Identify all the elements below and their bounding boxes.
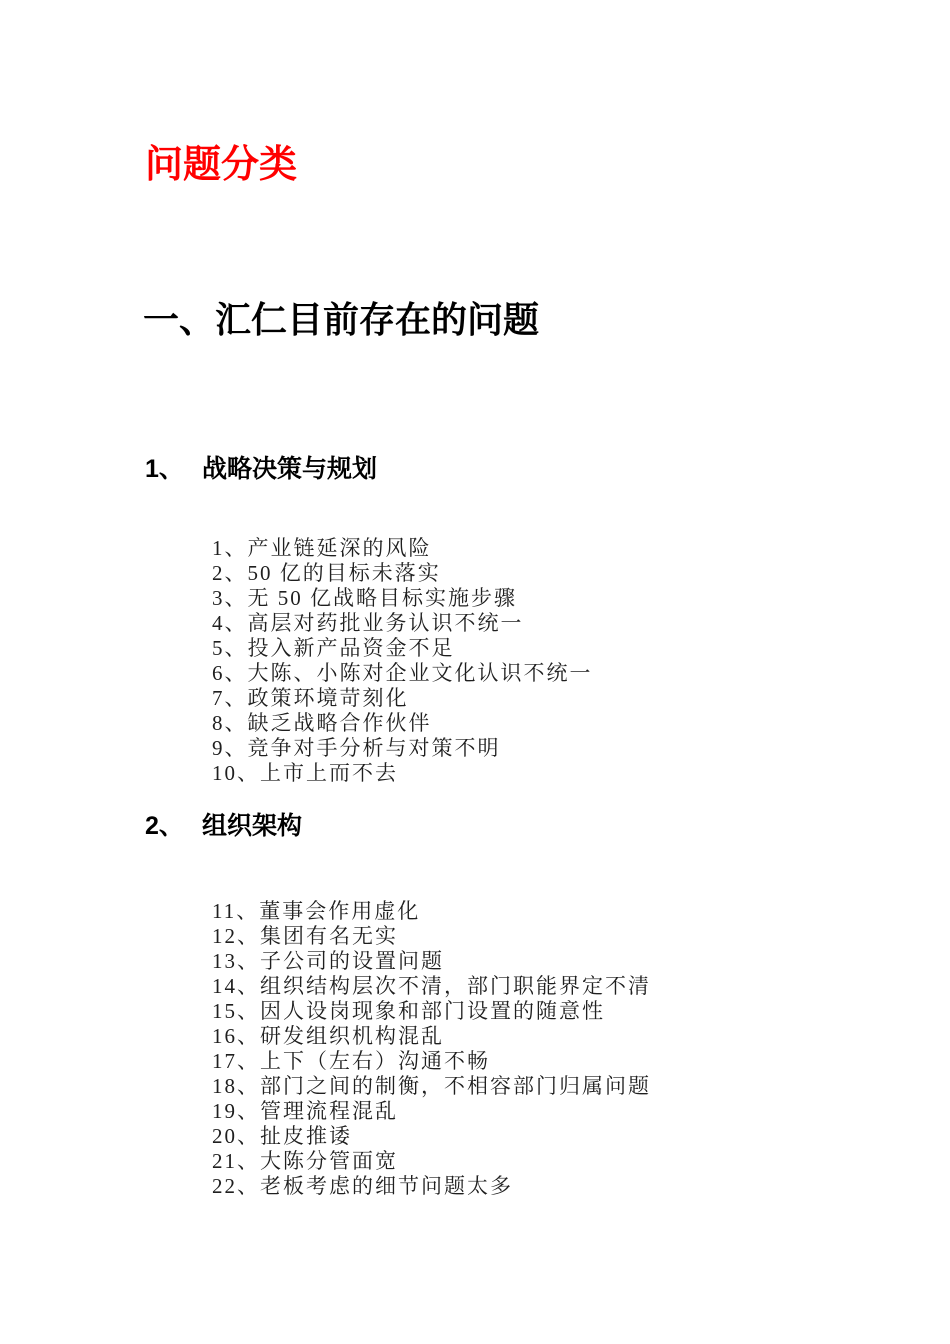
- list-item: 19、 管理流程混乱: [212, 1099, 651, 1124]
- list-item-number: 16、: [212, 1024, 260, 1049]
- section-heading-organization: 2、 组织架构: [145, 809, 302, 843]
- chapter-heading-marker: 一、: [143, 296, 215, 344]
- section-heading-marker: 2、: [145, 809, 202, 843]
- list-item-text: 上下（左右）沟通不畅: [260, 1049, 490, 1074]
- list-item: 10、 上市上而不去: [212, 761, 593, 786]
- list-item: 22、 老板考虑的细节问题太多: [212, 1174, 651, 1199]
- list-item-text: 缺乏战略合作伙伴: [248, 711, 432, 736]
- list-item: 20、 扯皮推诿: [212, 1124, 651, 1149]
- list-item: 4、 高层对药批业务认识不统一: [212, 611, 593, 636]
- list-item-text: 大陈分管面宽: [260, 1149, 398, 1174]
- list-item-text: 竞争对手分析与对策不明: [248, 736, 501, 761]
- list-item-number: 2、: [212, 561, 248, 586]
- section-heading-text: 战略决策与规划: [202, 452, 377, 486]
- list-item-text: 老板考虑的细节问题太多: [260, 1174, 513, 1199]
- section-strategy-list: 1、 产业链延深的风险 2、 50 亿的目标未落实 3、 无 50 亿战略目标实…: [212, 536, 593, 786]
- chapter-heading: 一、 汇仁目前存在的问题: [143, 296, 539, 344]
- chapter-heading-text: 汇仁目前存在的问题: [215, 296, 539, 344]
- list-item: 9、 竞争对手分析与对策不明: [212, 736, 593, 761]
- list-item-number: 20、: [212, 1124, 260, 1149]
- list-item-number: 12、: [212, 924, 260, 949]
- list-item: 3、 无 50 亿战略目标实施步骤: [212, 586, 593, 611]
- list-item-text: 研发组织机构混乱: [260, 1024, 444, 1049]
- list-item-text: 管理流程混乱: [260, 1099, 398, 1124]
- list-item: 8、 缺乏战略合作伙伴: [212, 711, 593, 736]
- list-item-number: 14、: [212, 974, 260, 999]
- list-item-text: 组织结构层次不清，部门职能界定不清: [260, 974, 651, 999]
- list-item-number: 3、: [212, 586, 248, 611]
- list-item: 16、 研发组织机构混乱: [212, 1024, 651, 1049]
- list-item-number: 21、: [212, 1149, 260, 1174]
- list-item-text: 无 50 亿战略目标实施步骤: [248, 586, 518, 611]
- list-item-text: 投入新产品资金不足: [248, 636, 455, 661]
- list-item: 14、 组织结构层次不清，部门职能界定不清: [212, 974, 651, 999]
- list-item-number: 17、: [212, 1049, 260, 1074]
- list-item: 7、 政策环境苛刻化: [212, 686, 593, 711]
- list-item: 17、 上下（左右）沟通不畅: [212, 1049, 651, 1074]
- list-item: 6、 大陈、小陈对企业文化认识不统一: [212, 661, 593, 686]
- list-item-number: 10、: [212, 761, 260, 786]
- list-item-text: 上市上而不去: [260, 761, 398, 786]
- list-item-number: 22、: [212, 1174, 260, 1199]
- list-item-text: 扯皮推诿: [260, 1124, 352, 1149]
- list-item: 11、 董事会作用虚化: [212, 899, 651, 924]
- list-item-number: 4、: [212, 611, 248, 636]
- list-item-number: 13、: [212, 949, 260, 974]
- list-item-number: 18、: [212, 1074, 260, 1099]
- section-heading-marker: 1、: [145, 452, 202, 486]
- list-item-text: 大陈、小陈对企业文化认识不统一: [248, 661, 593, 686]
- list-item-text: 因人设岗现象和部门设置的随意性: [260, 999, 605, 1024]
- section-organization-list: 11、 董事会作用虚化 12、 集团有名无实 13、 子公司的设置问题 14、 …: [212, 899, 651, 1199]
- list-item-text: 产业链延深的风险: [248, 536, 432, 561]
- list-item-text: 50 亿的目标未落实: [248, 561, 441, 586]
- list-item-number: 8、: [212, 711, 248, 736]
- list-item-number: 5、: [212, 636, 248, 661]
- list-item: 13、 子公司的设置问题: [212, 949, 651, 974]
- list-item-number: 19、: [212, 1099, 260, 1124]
- list-item-text: 子公司的设置问题: [260, 949, 444, 974]
- list-item-text: 集团有名无实: [260, 924, 398, 949]
- list-item: 18、 部门之间的制衡，不相容部门归属问题: [212, 1074, 651, 1099]
- list-item: 15、 因人设岗现象和部门设置的随意性: [212, 999, 651, 1024]
- section-heading-strategy: 1、 战略决策与规划: [145, 452, 377, 486]
- list-item-number: 6、: [212, 661, 248, 686]
- list-item-number: 7、: [212, 686, 248, 711]
- document-title: 问题分类: [145, 140, 297, 190]
- list-item: 12、 集团有名无实: [212, 924, 651, 949]
- list-item: 21、 大陈分管面宽: [212, 1149, 651, 1174]
- list-item-text: 部门之间的制衡，不相容部门归属问题: [260, 1074, 651, 1099]
- list-item: 5、 投入新产品资金不足: [212, 636, 593, 661]
- list-item-text: 董事会作用虚化: [259, 899, 420, 924]
- list-item-number: 11、: [212, 899, 259, 924]
- list-item-number: 15、: [212, 999, 260, 1024]
- list-item-text: 政策环境苛刻化: [248, 686, 409, 711]
- list-item-number: 1、: [212, 536, 248, 561]
- document-page: 问题分类 一、 汇仁目前存在的问题 1、 战略决策与规划 1、 产业链延深的风险…: [0, 0, 950, 1344]
- list-item-text: 高层对药批业务认识不统一: [248, 611, 524, 636]
- list-item-number: 9、: [212, 736, 248, 761]
- list-item: 1、 产业链延深的风险: [212, 536, 593, 561]
- section-heading-text: 组织架构: [202, 809, 302, 843]
- list-item: 2、 50 亿的目标未落实: [212, 561, 593, 586]
